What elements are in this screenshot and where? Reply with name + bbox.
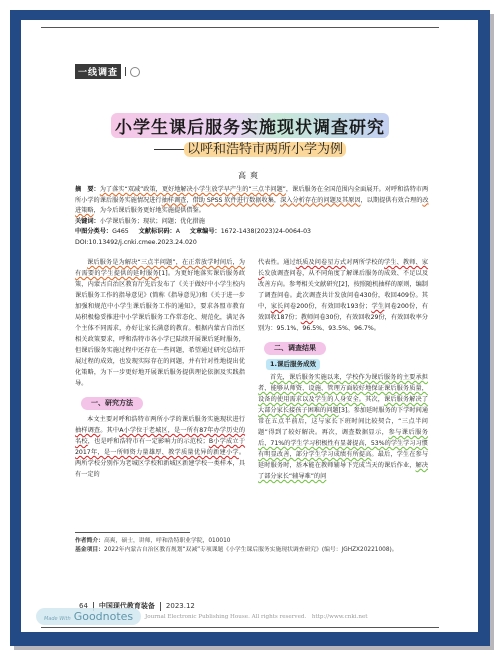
doc-code-label: 文献标识码： — [139, 228, 176, 235]
top-rule — [41, 27, 439, 28]
text: 高爽，硕士，讲师，呼和浩特职业学院，010010 — [104, 538, 230, 544]
article-title: 小学生课后服务实施现状调查研究 — [0, 113, 500, 138]
divider — [160, 602, 161, 611]
highlight: 抽样调查 — [75, 427, 100, 434]
doc-code-value: A — [176, 228, 180, 235]
watermark-small: Made With — [44, 616, 71, 622]
text: ，以期提供有效合理的 — [361, 197, 423, 204]
clc-value: G465 — [112, 228, 129, 235]
column-tag-label: 一线调查 — [75, 64, 121, 79]
highlight: 抽样调查 — [162, 197, 187, 204]
subtitle-dash — [154, 149, 184, 150]
highlight: 学生 — [371, 303, 384, 310]
text: 其次， — [365, 396, 384, 403]
keywords-line: 关键词：小学课后服务；现状；问题；优化措施 — [75, 217, 430, 228]
author-footnote: 作者简介：高爽，硕士，讲师，呼和浩特职业学院，010010 — [75, 537, 430, 546]
watermark-big: Goodnotes — [74, 610, 133, 623]
subtitle-text: 以呼和浩特市两所小学为例 — [184, 142, 346, 157]
footnotes: 作者简介：高爽，硕士，讲师，呼和浩特职业学院，010010 基金项目：2022年… — [75, 537, 430, 555]
copyright: Journal Electronic Publishing House. All… — [145, 612, 368, 620]
abstract-block: 摘 要：为了落实“双减”政策，更好地解决小学生放学早产生的“三点半问题”，课后服… — [75, 185, 430, 248]
abstract-label: 摘 要： — [75, 186, 100, 193]
keywords-label: 关键词： — [75, 218, 100, 225]
highlight: ，更好地解决小学生放学早产生的“三点半问题” — [156, 186, 286, 193]
subsection-heading: 1.课后服务成效 — [266, 359, 320, 370]
highlight: 家长 — [271, 303, 284, 310]
column-left: 课后服务是为解决“三点半问题”，在正常放学时间后，为有需要的学生提供的延时服务[… — [75, 257, 245, 480]
article-subtitle: 以呼和浩特市两所小学为例 — [0, 138, 500, 157]
label: 作者简介： — [75, 538, 104, 544]
text: ，为今后课后服务更好地实施提供借鉴。 — [94, 207, 205, 214]
text: 。其中 — [100, 427, 119, 434]
doi-line: DOI:10.13492/j.cnki.cmee.2023.24.020 — [75, 238, 430, 249]
article-no-label: 文章编号： — [190, 228, 221, 235]
abstract-text: 摘 要：为了落实“双减”政策，更好地解决小学生放学早产生的“三点半问题”，课后服… — [75, 185, 430, 217]
section-heading-methods: 一、研究方法 — [81, 397, 143, 410]
footnote-rule — [75, 532, 190, 533]
issue: 2023.12 — [166, 602, 195, 610]
bottom-rule — [41, 627, 439, 628]
text: 对两所学校的 — [346, 259, 384, 266]
divider — [125, 67, 126, 76]
text: 问卷200份，有效回收193份； — [284, 303, 372, 310]
label: 基金项目： — [75, 547, 104, 553]
highlight: 深入分析存在的问题及其原因 — [280, 197, 360, 204]
highlight: 教师 — [301, 314, 313, 321]
column-right: 代表性。通过纸质及问卷星方式对两所学校的学生、教师、家长发放调查问卷，从不同角度… — [258, 257, 428, 482]
fund-footnote: 基金项目：2022年内蒙古自治区教育规划“双减”专项课题《小学生课后服务实施现状… — [75, 546, 430, 555]
results-paragraph: 首先，课后服务实施以来，学校作为课后服务的主要承担者，能够从师资、设施、管理方面… — [258, 372, 428, 482]
text: 本文主要对呼和浩特市两所小学的课后服务实施现状进行 — [87, 416, 245, 423]
intro-paragraph: 课后服务是为解决“三点半问题”，在正常放学时间后，为有需要的学生提供的延时服务[… — [75, 257, 245, 389]
article-no-value: 1672-1438(2023)24-0064-03 — [221, 228, 311, 235]
author-name: 高爽 — [0, 170, 500, 181]
keywords: 小学课后服务；现状；问题；优化措施 — [100, 218, 205, 225]
text: ，也是呼和浩特市有一定影响力的示范校； — [88, 438, 209, 445]
highlight: 借助 SPSS 软件进行数据收集 — [193, 197, 274, 204]
highlight: 为了落实“双减”政策 — [100, 186, 156, 193]
section-heading-results: 二、调查结果 — [264, 342, 326, 355]
column-tag: 一线调查 — [75, 64, 140, 79]
clc-label: 中图分类号： — [75, 228, 112, 235]
highlight: 纸质及问卷星方式 — [296, 259, 346, 266]
text: 2022年内蒙古自治区教育规划“双减”专项课题《小学生课后服务实施现状调查研究》… — [104, 547, 398, 553]
title-text: 小学生课后服务实施现状调查研究 — [111, 113, 389, 138]
classification-line: 中图分类号：G465 文献标识码：A 文章编号：1672-1438(2023)2… — [75, 227, 430, 238]
goodnotes-watermark: Made With Goodnotes — [36, 608, 141, 625]
text: [1]。为更好地落实课后服务政策，内蒙古自治区教育厅先后发布了《关于做好中小学生… — [75, 270, 245, 387]
methods-paragraph: 本文主要对呼和浩特市两所小学的课后服务实施现状进行抽样调查。其中A小学位于老城区… — [75, 414, 245, 480]
text: 代表性。通过 — [258, 259, 296, 266]
pen-icon — [130, 67, 140, 77]
survey-paragraph: 代表性。通过纸质及问卷星方式对两所学校的学生、教师、家长发放调查问卷，从不同角度… — [258, 257, 428, 334]
